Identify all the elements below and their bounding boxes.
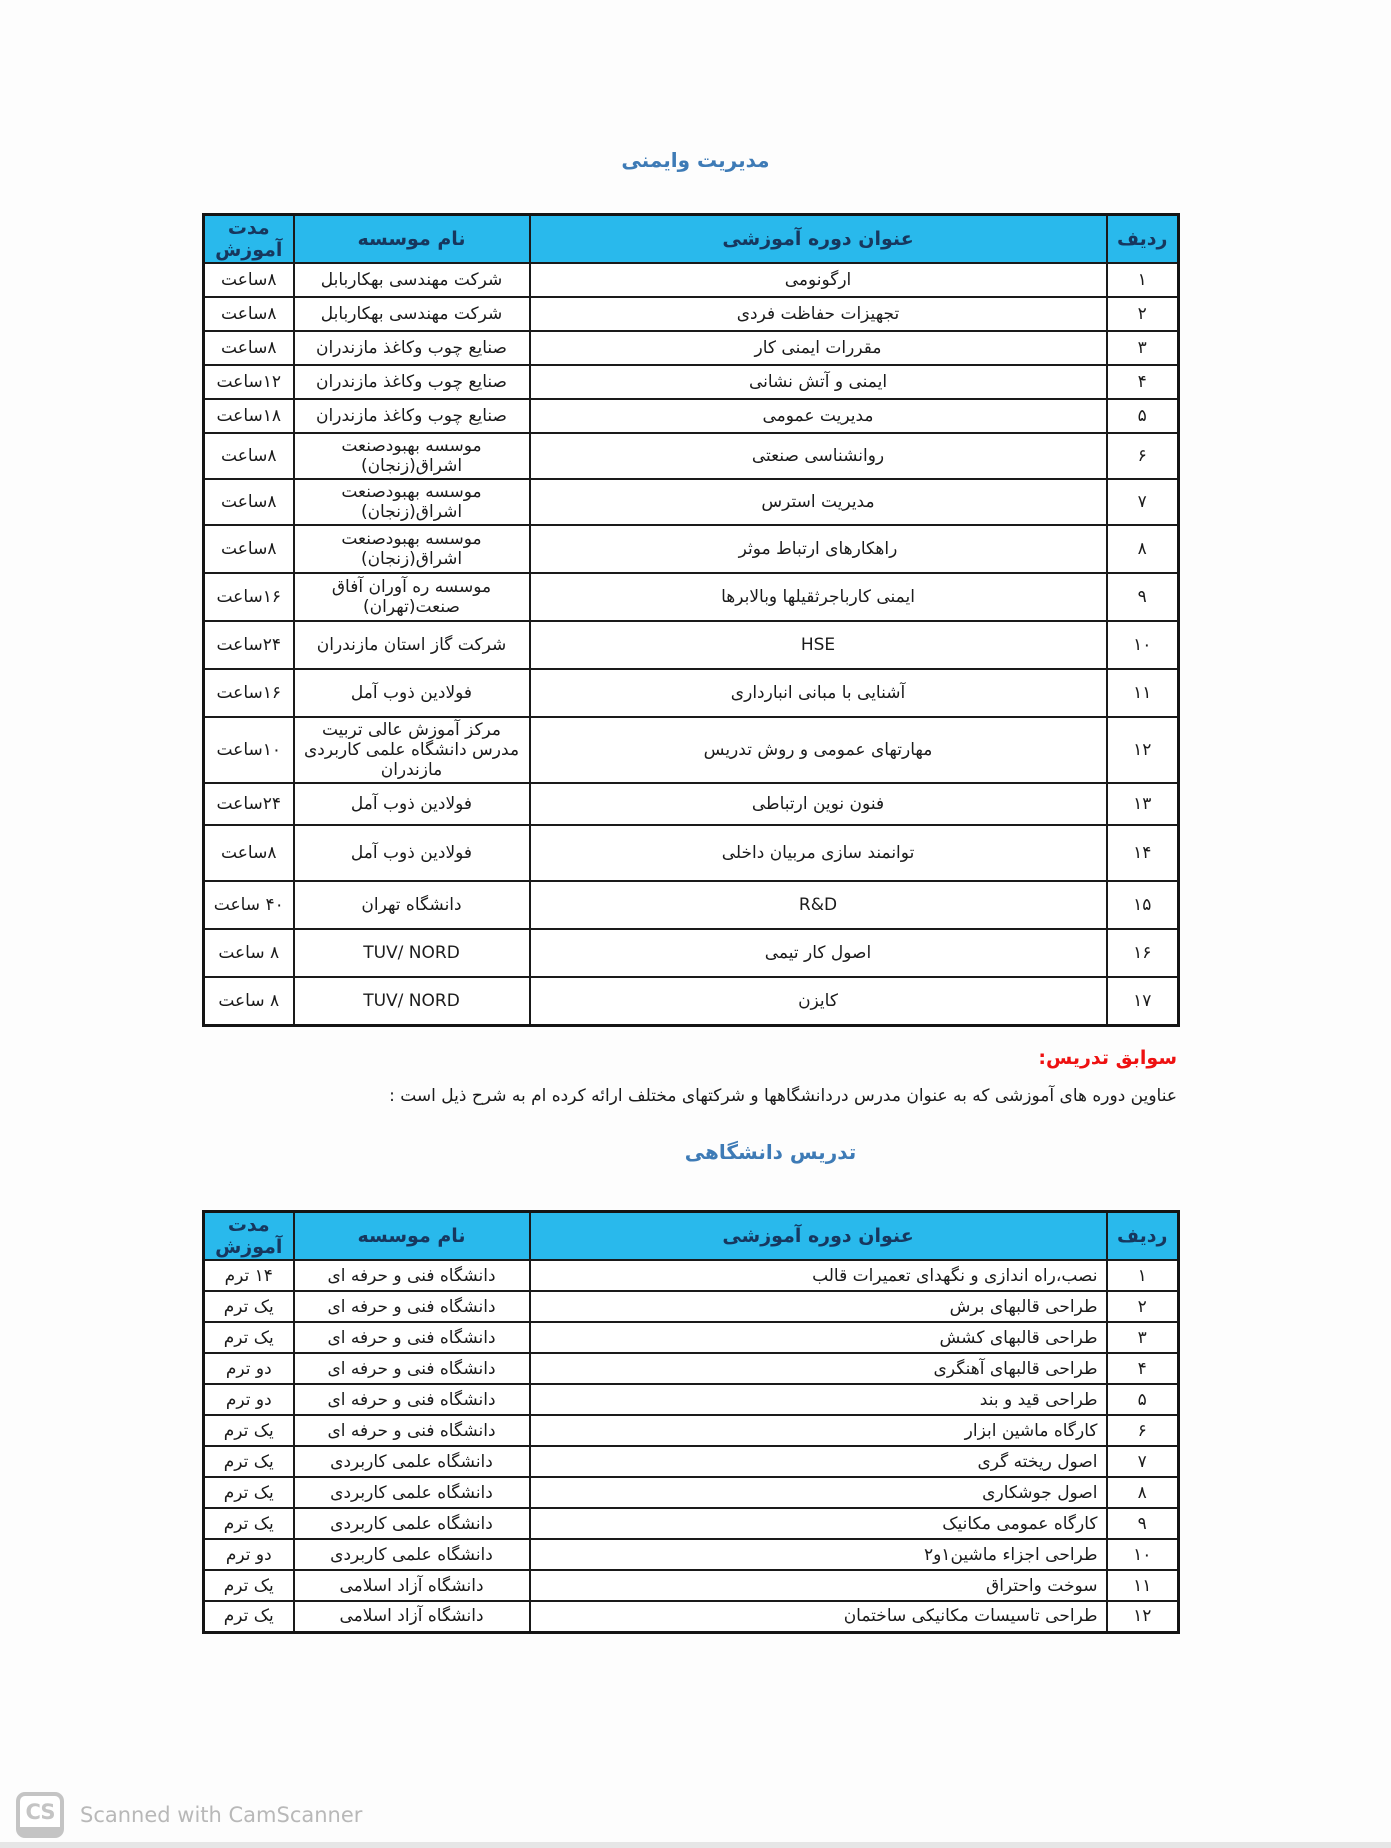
camscanner-label: Scanned with CamScanner [80, 1803, 362, 1827]
safety-table-header: ردیف عنوان دوره آموزشی نام موسسه مدت آمو… [204, 215, 1179, 264]
col-header-duration: مدت آموزش [204, 215, 294, 264]
course-title-cell: طراحی قالبهای آهنگری [530, 1353, 1107, 1384]
duration-cell: ۸ساعت [204, 331, 294, 365]
duration-cell: دو ترم [204, 1353, 294, 1384]
row-number-cell: ۱۲ [1107, 717, 1179, 783]
duration-cell: یک ترم [204, 1508, 294, 1539]
row-number-cell: ۵ [1107, 1384, 1179, 1415]
duration-cell: ۸ساعت [204, 825, 294, 881]
duration-cell: ۱۶ساعت [204, 669, 294, 717]
row-number-cell: ۱ [1107, 263, 1179, 297]
table-row: ۵ طراحی قید و بند دانشگاه فنی و حرفه ای … [204, 1384, 1179, 1415]
row-number-cell: ۱۷ [1107, 977, 1179, 1025]
row-number-cell: ۶ [1107, 1415, 1179, 1446]
duration-cell: یک ترم [204, 1291, 294, 1322]
duration-cell: ۸ساعت [204, 263, 294, 297]
row-number-cell: ۷ [1107, 479, 1179, 525]
col-header-course-title: عنوان دوره آموزشی [530, 1212, 1107, 1261]
course-title-cell: سوخت واحتراق [530, 1570, 1107, 1601]
row-number-cell: ۱۱ [1107, 1570, 1179, 1601]
camscanner-icon: CS [16, 1792, 64, 1838]
institute-cell: موسسه بهبودصنعت اشراق(زنجان) [294, 479, 530, 525]
course-title-cell: مهارتهای عمومی و روش تدریس [530, 717, 1107, 783]
course-title-cell: ارگونومی [530, 263, 1107, 297]
section1-title: مدیریت وایمنی [0, 148, 1391, 172]
scan-edge-strip [0, 1842, 1391, 1848]
course-title-cell: طراحی قالبهای کشش [530, 1322, 1107, 1353]
institute-cell: TUV/ NORD [294, 977, 530, 1025]
section2-title: تدریس دانشگاهی [685, 1140, 857, 1164]
course-title-cell: توانمند سازی مربیان داخلی [530, 825, 1107, 881]
course-title-cell: طراحی اجزاء ماشین۱و۲ [530, 1539, 1107, 1570]
row-number-cell: ۴ [1107, 365, 1179, 399]
institute-cell: دانشگاه علمی کاربردی [294, 1539, 530, 1570]
table-row: ۴ ایمنی و آتش نشانی صنایع چوب وکاغذ مازن… [204, 365, 1179, 399]
header-row: ردیف عنوان دوره آموزشی نام موسسه مدت آمو… [204, 215, 1179, 264]
institute-cell: دانشگاه علمی کاربردی [294, 1477, 530, 1508]
table-row: ۱۲ مهارتهای عمومی و روش تدریس مرکز آموزش… [204, 717, 1179, 783]
header-row: ردیف عنوان دوره آموزشی نام موسسه مدت آمو… [204, 1212, 1179, 1261]
institute-cell: دانشگاه فنی و حرفه ای [294, 1291, 530, 1322]
institute-cell: مرکز آموزش عالی تربیت مدرس دانشگاه علمی … [294, 717, 530, 783]
institute-cell: دانشگاه فنی و حرفه ای [294, 1415, 530, 1446]
course-title-cell: راهکارهای ارتباط موثر [530, 525, 1107, 573]
duration-cell: ۱۰ساعت [204, 717, 294, 783]
table-row: ۸ راهکارهای ارتباط موثر موسسه بهبودصنعت … [204, 525, 1179, 573]
duration-cell: دو ترم [204, 1539, 294, 1570]
institute-cell: دانشگاه آزاد اسلامی [294, 1601, 530, 1632]
table-row: ۶ کارگاه ماشین ابزار دانشگاه فنی و حرفه … [204, 1415, 1179, 1446]
col-header-institute: نام موسسه [294, 1212, 530, 1261]
duration-cell: یک ترم [204, 1570, 294, 1601]
col-header-course-title: عنوان دوره آموزشی [530, 215, 1107, 264]
safety-courses-table: ردیف عنوان دوره آموزشی نام موسسه مدت آمو… [202, 213, 1180, 1027]
institute-cell: دانشگاه فنی و حرفه ای [294, 1322, 530, 1353]
row-number-cell: ۴ [1107, 1353, 1179, 1384]
duration-cell: یک ترم [204, 1601, 294, 1632]
institute-cell: فولادین ذوب آمل [294, 825, 530, 881]
course-title-cell: کارگاه ماشین ابزار [530, 1415, 1107, 1446]
table-row: ۳ مقررات ایمنی کار صنایع چوب وکاغذ مازند… [204, 331, 1179, 365]
institute-cell: موسسه بهبودصنعت اشراق(زنجان) [294, 433, 530, 479]
table-row: ۷ مدیریت استرس موسسه بهبودصنعت اشراق(زنج… [204, 479, 1179, 525]
duration-cell: ۲۴ساعت [204, 621, 294, 669]
table-row: ۱۱ آشنایی با مبانی انبارداری فولادین ذوب… [204, 669, 1179, 717]
duration-cell: ۸ ساعت [204, 977, 294, 1025]
row-number-cell: ۲ [1107, 1291, 1179, 1322]
row-number-cell: ۵ [1107, 399, 1179, 433]
row-number-cell: ۱۰ [1107, 621, 1179, 669]
institute-cell: موسسه بهبودصنعت اشراق(زنجان) [294, 525, 530, 573]
duration-cell: ۸ساعت [204, 525, 294, 573]
row-number-cell: ۷ [1107, 1446, 1179, 1477]
table-row: ۱۰ HSE شرکت گاز استان مازندران ۲۴ساعت [204, 621, 1179, 669]
row-number-cell: ۹ [1107, 573, 1179, 621]
institute-cell: دانشگاه آزاد اسلامی [294, 1570, 530, 1601]
institute-cell: صنایع چوب وکاغذ مازندران [294, 365, 530, 399]
row-number-cell: ۶ [1107, 433, 1179, 479]
col-header-row-number: ردیف [1107, 1212, 1179, 1261]
table-row: ۹ کارگاه عمومی مکانیک دانشگاه علمی کاربر… [204, 1508, 1179, 1539]
institute-cell: فولادین ذوب آمل [294, 783, 530, 825]
table-row: ۱۱ سوخت واحتراق دانشگاه آزاد اسلامی یک ت… [204, 1570, 1179, 1601]
institute-cell: دانشگاه فنی و حرفه ای [294, 1353, 530, 1384]
course-title-cell: مقررات ایمنی کار [530, 331, 1107, 365]
table-row: ۷ اصول ریخته گری دانشگاه علمی کاربردی یک… [204, 1446, 1179, 1477]
course-title-cell: مدیریت عمومی [530, 399, 1107, 433]
course-title-cell: طراحی قید و بند [530, 1384, 1107, 1415]
institute-cell: دانشگاه فنی و حرفه ای [294, 1260, 530, 1291]
course-title-cell: ایمنی و آتش نشانی [530, 365, 1107, 399]
teaching-records-description: عناوین دوره های آموزشی که به عنوان مدرس … [202, 1086, 1177, 1106]
duration-cell: ۱۴ ترم [204, 1260, 294, 1291]
table-row: ۶ روانشناسی صنعتی موسسه بهبودصنعت اشراق(… [204, 433, 1179, 479]
institute-cell: دانشگاه تهران [294, 881, 530, 929]
duration-cell: ۸ساعت [204, 433, 294, 479]
course-title-cell: R&D [530, 881, 1107, 929]
row-number-cell: ۱ [1107, 1260, 1179, 1291]
table-row: ۱۵ R&D دانشگاه تهران ۴۰ ساعت [204, 881, 1179, 929]
row-number-cell: ۲ [1107, 297, 1179, 331]
duration-cell: یک ترم [204, 1322, 294, 1353]
table-row: ۱۲ طراحی تاسیسات مکانیکی ساختمان دانشگاه… [204, 1601, 1179, 1632]
institute-cell: شرکت گاز استان مازندران [294, 621, 530, 669]
col-header-row-number: ردیف [1107, 215, 1179, 264]
duration-cell: ۱۲ساعت [204, 365, 294, 399]
duration-cell: ۱۸ساعت [204, 399, 294, 433]
institute-cell: فولادین ذوب آمل [294, 669, 530, 717]
table-row: ۱۴ توانمند سازی مربیان داخلی فولادین ذوب… [204, 825, 1179, 881]
table-row: ۱۷ کایزن TUV/ NORD ۸ ساعت [204, 977, 1179, 1025]
duration-cell: ۸ ساعت [204, 929, 294, 977]
institute-cell: شرکت مهندسی بهکاربابل [294, 263, 530, 297]
course-title-cell: کایزن [530, 977, 1107, 1025]
institute-cell: دانشگاه علمی کاربردی [294, 1508, 530, 1539]
institute-cell: شرکت مهندسی بهکاربابل [294, 297, 530, 331]
table-row: ۱۳ فنون نوین ارتباطی فولادین ذوب آمل ۲۴س… [204, 783, 1179, 825]
col-header-duration: مدت آموزش [204, 1212, 294, 1261]
university-teaching-table: ردیف عنوان دوره آموزشی نام موسسه مدت آمو… [202, 1210, 1180, 1634]
row-number-cell: ۱۲ [1107, 1601, 1179, 1632]
row-number-cell: ۱۱ [1107, 669, 1179, 717]
duration-cell: ۸ساعت [204, 479, 294, 525]
duration-cell: یک ترم [204, 1446, 294, 1477]
course-title-cell: ایمنی کارباجرثقیلها وبالابرها [530, 573, 1107, 621]
university-table-header: ردیف عنوان دوره آموزشی نام موسسه مدت آمو… [204, 1212, 1179, 1261]
course-title-cell: نصب،راه اندازی و نگهدای تعمیرات قالب [530, 1260, 1107, 1291]
table-row: ۲ طراحی قالبهای برش دانشگاه فنی و حرفه ا… [204, 1291, 1179, 1322]
course-title-cell: طراحی قالبهای برش [530, 1291, 1107, 1322]
table-row: ۱ ارگونومی شرکت مهندسی بهکاربابل ۸ساعت [204, 263, 1179, 297]
scanned-document-page: مدیریت وایمنی ردیف عنوان دوره آموزشی نام… [0, 0, 1391, 1848]
row-number-cell: ۳ [1107, 331, 1179, 365]
row-number-cell: ۱۳ [1107, 783, 1179, 825]
row-number-cell: ۹ [1107, 1508, 1179, 1539]
duration-cell: ۸ساعت [204, 297, 294, 331]
table-row: ۱ نصب،راه اندازی و نگهدای تعمیرات قالب د… [204, 1260, 1179, 1291]
institute-cell: صنایع چوب وکاغذ مازندران [294, 331, 530, 365]
course-title-cell: طراحی تاسیسات مکانیکی ساختمان [530, 1601, 1107, 1632]
course-title-cell: HSE [530, 621, 1107, 669]
table-row: ۱۶ اصول کار تیمی TUV/ NORD ۸ ساعت [204, 929, 1179, 977]
camscanner-watermark: CS Scanned with CamScanner [16, 1792, 362, 1838]
duration-cell: ۲۴ساعت [204, 783, 294, 825]
course-title-cell: آشنایی با مبانی انبارداری [530, 669, 1107, 717]
table-row: ۳ طراحی قالبهای کشش دانشگاه فنی و حرفه ا… [204, 1322, 1179, 1353]
institute-cell: دانشگاه علمی کاربردی [294, 1446, 530, 1477]
table-row: ۹ ایمنی کارباجرثقیلها وبالابرها موسسه ره… [204, 573, 1179, 621]
duration-cell: یک ترم [204, 1415, 294, 1446]
course-title-cell: فنون نوین ارتباطی [530, 783, 1107, 825]
row-number-cell: ۸ [1107, 1477, 1179, 1508]
duration-cell: ۴۰ ساعت [204, 881, 294, 929]
course-title-cell: مدیریت استرس [530, 479, 1107, 525]
row-number-cell: ۱۰ [1107, 1539, 1179, 1570]
table-row: ۲ تجهیزات حفاظت فردی شرکت مهندسی بهکاربا… [204, 297, 1179, 331]
row-number-cell: ۱۶ [1107, 929, 1179, 977]
duration-cell: ۱۶ساعت [204, 573, 294, 621]
table-row: ۵ مدیریت عمومی صنایع چوب وکاغذ مازندران … [204, 399, 1179, 433]
course-title-cell: اصول جوشکاری [530, 1477, 1107, 1508]
course-title-cell: کارگاه عمومی مکانیک [530, 1508, 1107, 1539]
table-row: ۴ طراحی قالبهای آهنگری دانشگاه فنی و حرف… [204, 1353, 1179, 1384]
institute-cell: صنایع چوب وکاغذ مازندران [294, 399, 530, 433]
duration-cell: یک ترم [204, 1477, 294, 1508]
course-title-cell: اصول کار تیمی [530, 929, 1107, 977]
row-number-cell: ۸ [1107, 525, 1179, 573]
course-title-cell: روانشناسی صنعتی [530, 433, 1107, 479]
row-number-cell: ۳ [1107, 1322, 1179, 1353]
institute-cell: موسسه ره آوران آفاق صنعت(تهران) [294, 573, 530, 621]
institute-cell: دانشگاه فنی و حرفه ای [294, 1384, 530, 1415]
row-number-cell: ۱۵ [1107, 881, 1179, 929]
institute-cell: TUV/ NORD [294, 929, 530, 977]
table-row: ۸ اصول جوشکاری دانشگاه علمی کاربردی یک ت… [204, 1477, 1179, 1508]
row-number-cell: ۱۴ [1107, 825, 1179, 881]
teaching-records-heading: سوابق تدریس: [1038, 1047, 1177, 1069]
course-title-cell: اصول ریخته گری [530, 1446, 1107, 1477]
col-header-institute: نام موسسه [294, 215, 530, 264]
duration-cell: دو ترم [204, 1384, 294, 1415]
table-row: ۱۰ طراحی اجزاء ماشین۱و۲ دانشگاه علمی کار… [204, 1539, 1179, 1570]
course-title-cell: تجهیزات حفاظت فردی [530, 297, 1107, 331]
